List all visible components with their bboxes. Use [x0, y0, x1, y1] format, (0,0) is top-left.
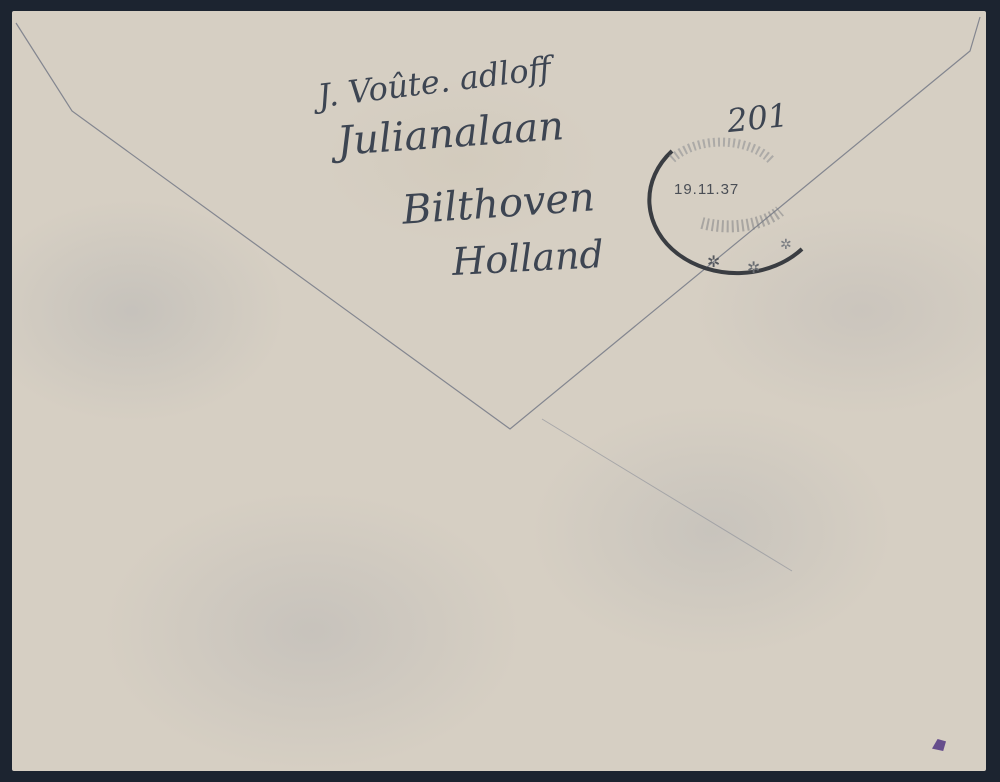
envelope-back: ✲ ✲ ✲ J. Voûte. adloff Julianalaan 201 B… — [12, 11, 986, 771]
sender-house-number: 201 — [725, 96, 790, 140]
svg-text:✲: ✲ — [780, 237, 792, 253]
svg-text:✲: ✲ — [747, 258, 760, 277]
sender-country: Holland — [451, 232, 605, 284]
svg-text:✲: ✲ — [707, 252, 720, 271]
postmark-date: 19.11.37 — [674, 181, 739, 198]
postmark: ✲ ✲ ✲ — [649, 142, 802, 277]
